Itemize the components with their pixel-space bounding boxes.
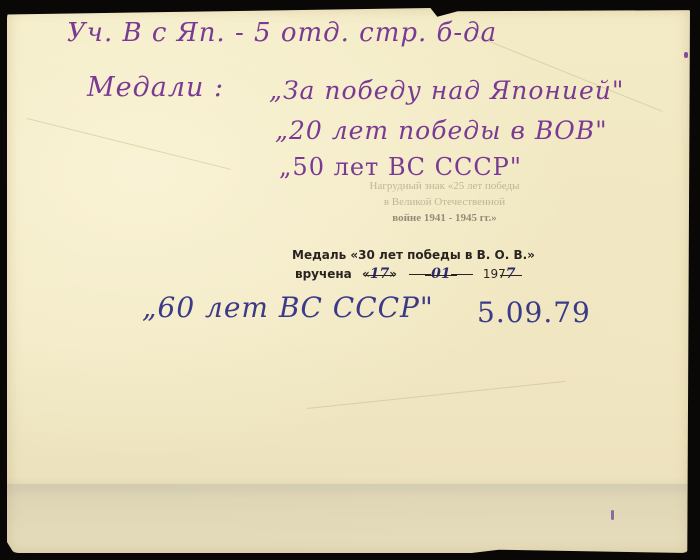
awarded-month: 01: [431, 266, 450, 282]
scanned-document: Уч. В с Яп. - 5 отд. стр. б-да Медали : …: [0, 0, 700, 560]
faded-stamp-line-2: в Великой Отечественной: [312, 196, 577, 208]
paper-fold-band: [7, 484, 690, 554]
handwritten-medal-50-years-armed-forces: „50 лет ВС СССР": [279, 153, 522, 181]
printed-stamp-medal-30-years: Медаль «30 лет победы в В. О. В.»: [292, 248, 535, 262]
paper-crease: [27, 118, 231, 170]
handwritten-medals-label: Медали :: [87, 72, 224, 103]
awarded-label: вручена: [295, 267, 352, 281]
handwritten-medal-20-years-victory: „20 лет победы в ВОВ": [275, 116, 608, 145]
awarded-year-digit: 7: [506, 266, 516, 282]
faded-stamp-line-1: Нагрудный знак «25 лет победы: [312, 180, 577, 192]
paper-crease: [307, 381, 566, 409]
ink-mark: [684, 52, 688, 58]
paper-sheet: Уч. В с Яп. - 5 отд. стр. б-да Медали : …: [7, 8, 690, 553]
printed-stamp-awarded-line: вручена «17» 01 1977: [295, 266, 516, 282]
handwritten-medal-60-years-armed-forces: „60 лет ВС СССР": [142, 291, 434, 324]
ink-mark: [611, 510, 614, 520]
handwritten-medal-60-years-date: 5.09.79: [477, 296, 591, 329]
awarded-day: 17: [370, 266, 389, 282]
faded-stamp-line-3: войне 1941 - 1945 гг.»: [312, 212, 577, 224]
handwritten-unit-line: Уч. В с Яп. - 5 отд. стр. б-да: [67, 18, 497, 48]
handwritten-medal-japan: „За победу над Японией": [269, 76, 624, 105]
